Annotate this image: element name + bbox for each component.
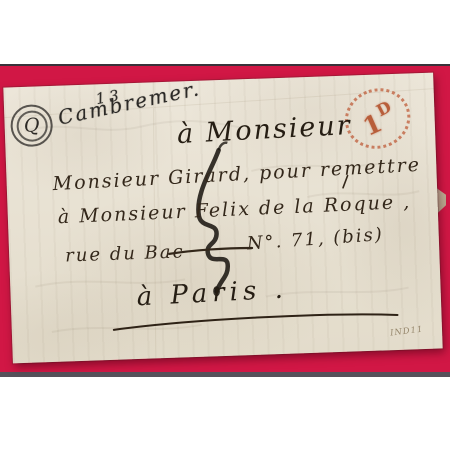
address-underline-flourish — [114, 312, 398, 330]
rural-postmark-q-letter: Q — [16, 110, 48, 142]
product-photo-canvas: Q 13 Cambremer. 1 D à Monsieur Monsieur … — [0, 0, 450, 450]
address-line-4-street: rue du Bac — [65, 241, 185, 266]
letter-paper: Q 13 Cambremer. 1 D à Monsieur Monsieur … — [3, 73, 442, 364]
letter-photo: Q 13 Cambremer. 1 D à Monsieur Monsieur … — [0, 64, 450, 377]
